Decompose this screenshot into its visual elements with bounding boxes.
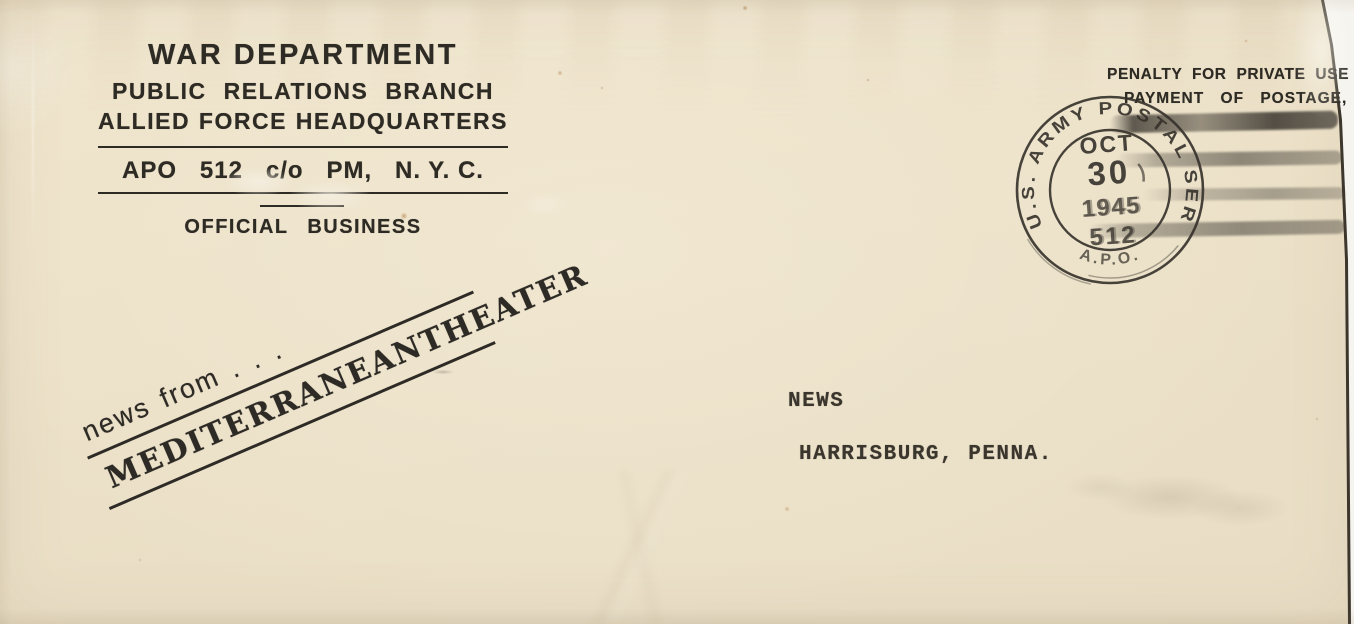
address-line-2: HARRISBURG, PENNA.: [799, 443, 1053, 466]
corner-card: WAR DEPARTMENT PUBLIC RELATIONS BRANCH A…: [98, 34, 508, 239]
apo-word: N. Y. C.: [395, 153, 484, 189]
allied-force-line: ALLIED FORCE HEADQUARTERS: [98, 106, 508, 136]
army-postal-service-postmark: U.S. ARMY POSTAL SERVICE A.P.O. OCT 30 1…: [1000, 80, 1225, 305]
apo-word: PM,: [326, 153, 372, 189]
corner-card-rule-bottom: [98, 192, 508, 194]
postmark-year: 1945: [1081, 192, 1142, 223]
corner-card-word: PUBLIC: [112, 76, 207, 106]
apo-word: APO: [122, 153, 177, 189]
corner-card-word: HEADQUARTERS: [296, 106, 508, 136]
corner-card-word: ALLIED: [98, 106, 190, 136]
postmark-stray-mark: [1138, 164, 1144, 182]
apo-word: c/o: [266, 153, 304, 189]
corner-card-short-rule: [260, 205, 344, 207]
paper-creases: [400, 470, 880, 624]
envelope-scan: WAR DEPARTMENT PUBLIC RELATIONS BRANCH A…: [0, 0, 1354, 624]
official-business-line: OFFICIAL BUSINESS: [98, 216, 508, 239]
war-department-line: WAR DEPARTMENT: [98, 34, 508, 76]
address-line-1: NEWS: [788, 390, 844, 413]
postmark-day: 30: [1086, 153, 1131, 193]
corner-card-word: RELATIONS: [224, 76, 369, 106]
public-relations-line: PUBLIC RELATIONS BRANCH: [98, 76, 508, 106]
apo-address-line: APO 512 c/o PM, N. Y. C.: [98, 153, 508, 189]
postmark-number: 512: [1089, 221, 1138, 251]
corner-card-word: FORCE: [199, 106, 287, 136]
corner-card-word: BRANCH: [385, 76, 494, 106]
corner-card-rule-top: [98, 146, 508, 148]
apo-word: 512: [200, 153, 243, 189]
